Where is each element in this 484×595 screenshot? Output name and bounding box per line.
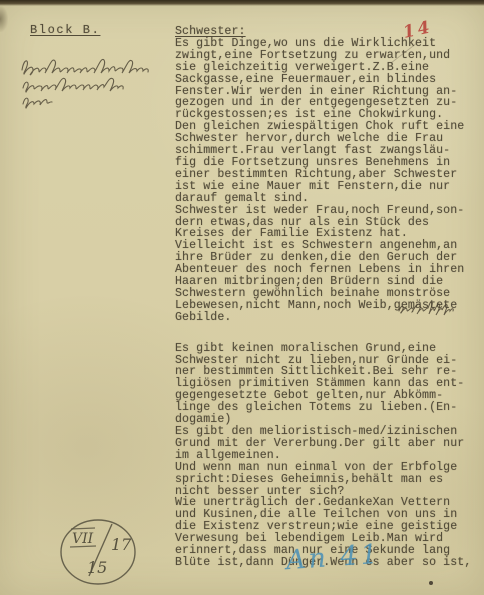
stamp-roman-numeral: VII [72, 531, 94, 547]
block-label: Block B. [30, 25, 100, 37]
inline-handwriting-note [396, 300, 458, 317]
typed-text-column: Schwester: Es gibt Dinge,wo uns die Wirk… [175, 26, 479, 569]
typed-paragraph-1: Es gibt Dinge,wo uns die Wirklichkeit zw… [175, 38, 479, 324]
stamp-lower-number: 15 [87, 558, 107, 577]
circled-reference-stamp: VII 17 15 [58, 516, 140, 588]
typed-paragraph-2: Es gibt keinen moralischen Grund,eine Sc… [175, 343, 479, 569]
scan-top-edge [0, 0, 484, 6]
blue-handwritten-note: An 41 [285, 539, 382, 577]
scan-edge-smudge [0, 6, 8, 32]
margin-handwriting-note [16, 54, 156, 112]
scanned-document-page: Block B. 14 Schwester: Es gibt Dinge,wo … [0, 0, 484, 595]
stamp-upper-number: 17 [111, 535, 132, 554]
ink-dot [429, 581, 433, 585]
